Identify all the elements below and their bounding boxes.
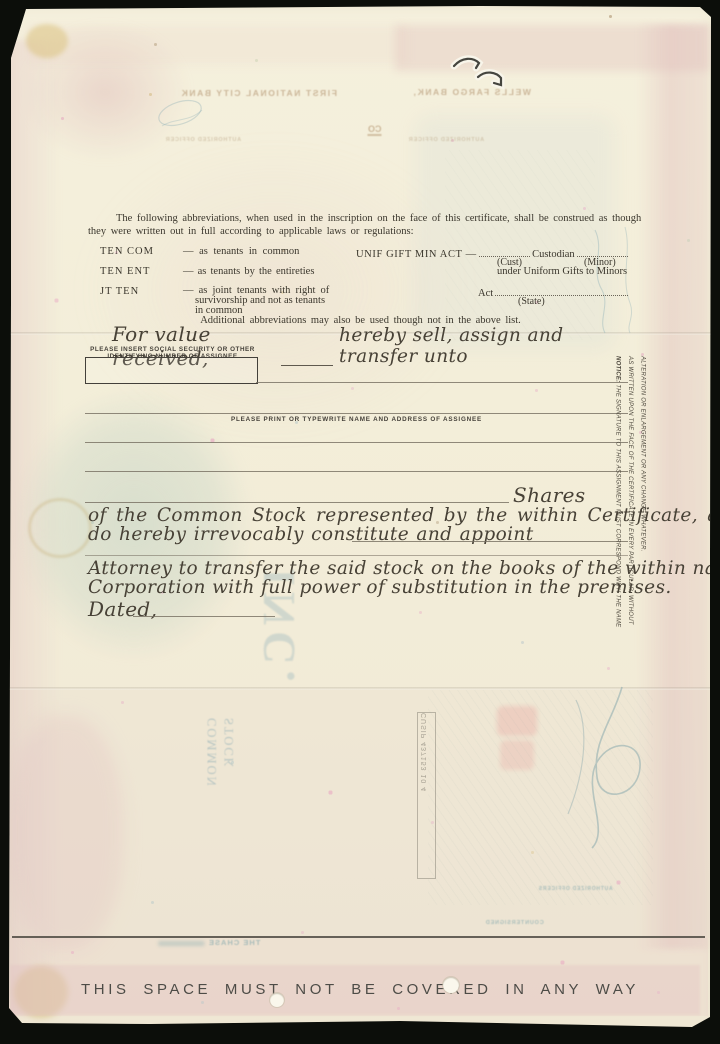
pink-blotch-lower-left [8, 715, 123, 950]
state-label: (State) [518, 296, 545, 309]
pink-border-showthrough-top-left [26, 26, 406, 64]
notice-line-3: ALTERATION OR ENLARGEMENT OR ANY CHANGE … [636, 356, 649, 656]
assignor-blank-line [281, 364, 333, 366]
showthrough-co-mark: CO [368, 124, 382, 136]
bottom-printed-rule [12, 936, 705, 938]
print-typewrite-instruction: PLEASE PRINT OR TYPEWRITE NAME AND ADDRE… [85, 416, 628, 423]
notice-label: NOTICE: [615, 356, 621, 382]
scratch-mark [448, 50, 510, 92]
pink-border-showthrough-top [395, 25, 710, 71]
shares-word: Shares [513, 483, 586, 507]
showthrough-chase-bank: THE CHASE [158, 938, 260, 947]
state-leader [495, 286, 628, 296]
signature-notice: NOTICE: THE SIGNATURE TO THIS ASSIGNMENT… [611, 356, 649, 656]
showthrough-signature-flourish [552, 682, 662, 852]
abbreviation-intro: The following abbreviations, when used i… [88, 213, 633, 238]
transfer-phrase-text: hereby sell, assign and transfer unto [339, 325, 629, 367]
showthrough-cusip-box: CUSIP 437153 10 4 [417, 712, 436, 879]
separator-line [85, 555, 628, 556]
assignee-line-3 [85, 442, 628, 443]
custodian-leader [479, 247, 530, 257]
notice-line-1: NOTICE: THE SIGNATURE TO THIS ASSIGNMENT… [611, 356, 624, 656]
red-ink-showthrough-lower [500, 740, 534, 770]
footer-pink-band-outer [10, 938, 708, 1016]
showthrough-authorized-officers: AUTHORIZED OFFICERS [538, 886, 613, 892]
paper-speckles [0, 0, 1, 1]
minor-leader [577, 247, 628, 257]
notice-line-1-rest: THE SIGNATURE TO THIS ASSIGNMENT MUST CO… [615, 382, 621, 627]
act-row: Act [478, 286, 628, 301]
abbrev-term-ten-com: TEN COM [100, 246, 154, 259]
showthrough-countersigned: COUNTERSIGNED [485, 920, 544, 926]
showthrough-scribble-top-left [150, 88, 210, 138]
assignee-line-2 [85, 413, 628, 414]
abbreviation-intro-line2: they were written out in full according … [88, 226, 633, 239]
punch-hole-right [443, 977, 459, 993]
showthrough-cusip-number: CUSIP 437153 10 4 [421, 713, 428, 878]
abbrev-term-ten-ent: TEN ENT [100, 266, 150, 279]
showthrough-stock-word: STOCK [221, 718, 238, 843]
act-label: Act [478, 288, 493, 301]
abbrev-def-jt-ten: — as joint tenants with right of survivo… [183, 286, 329, 316]
dated-blank-line [133, 616, 275, 617]
abbrev-term-jt-ten: JT TEN [100, 286, 139, 299]
pink-border-showthrough-left [8, 40, 60, 1015]
ring-stain-left [28, 498, 92, 558]
red-ink-showthrough-upper [497, 706, 537, 736]
stock-certificate-back-scan: FIRST NATIONAL CITY BANK WELLS FARGO BAN… [0, 0, 720, 1044]
attorney-line-2: Corporation with full power of substitut… [88, 577, 672, 598]
engraving-hatch-showthrough-top [445, 150, 595, 340]
notice-line-2: AS WRITTEN UPON THE FACE OF THE CERTIFIC… [624, 356, 637, 656]
ssn-entry-box [85, 357, 258, 384]
showthrough-common-stock: COMMON STOCK [204, 718, 238, 843]
abbreviation-intro-line1: The following abbreviations, when used i… [88, 213, 633, 226]
showthrough-authorized-officer-right: AUTHORIZED OFFICER [408, 137, 484, 143]
uniform-gifts-line: under Uniform Gifts to Minors [497, 266, 627, 279]
attorney-name-blank [352, 541, 628, 542]
assignee-line-4 [85, 471, 628, 472]
abbrev-def-ten-com: — as tenants in common [183, 246, 299, 259]
showthrough-company-inc: INC. [252, 568, 305, 788]
dated-label: Dated, [88, 597, 157, 621]
assignee-line-1 [256, 382, 628, 383]
unif-gift-label: UNIF GIFT MIN ACT — [356, 249, 477, 262]
do-not-cover-warning: THIS SPACE MUST NOT BE COVERED IN ANY WA… [0, 981, 720, 998]
showthrough-chase-text: THE CHASE [208, 938, 260, 947]
showthrough-common-word: COMMON [204, 718, 221, 843]
shares-blank-line [85, 502, 509, 503]
abbrev-def-ten-ent: — as tenants by the entireties [183, 266, 314, 279]
yellow-stain-top-left [26, 24, 68, 58]
certificate-paper: FIRST NATIONAL CITY BANK WELLS FARGO BAN… [0, 0, 720, 1044]
custodian-label: Custodian [532, 249, 575, 262]
showthrough-blur-bar [158, 941, 204, 946]
punch-hole-left [270, 993, 284, 1007]
